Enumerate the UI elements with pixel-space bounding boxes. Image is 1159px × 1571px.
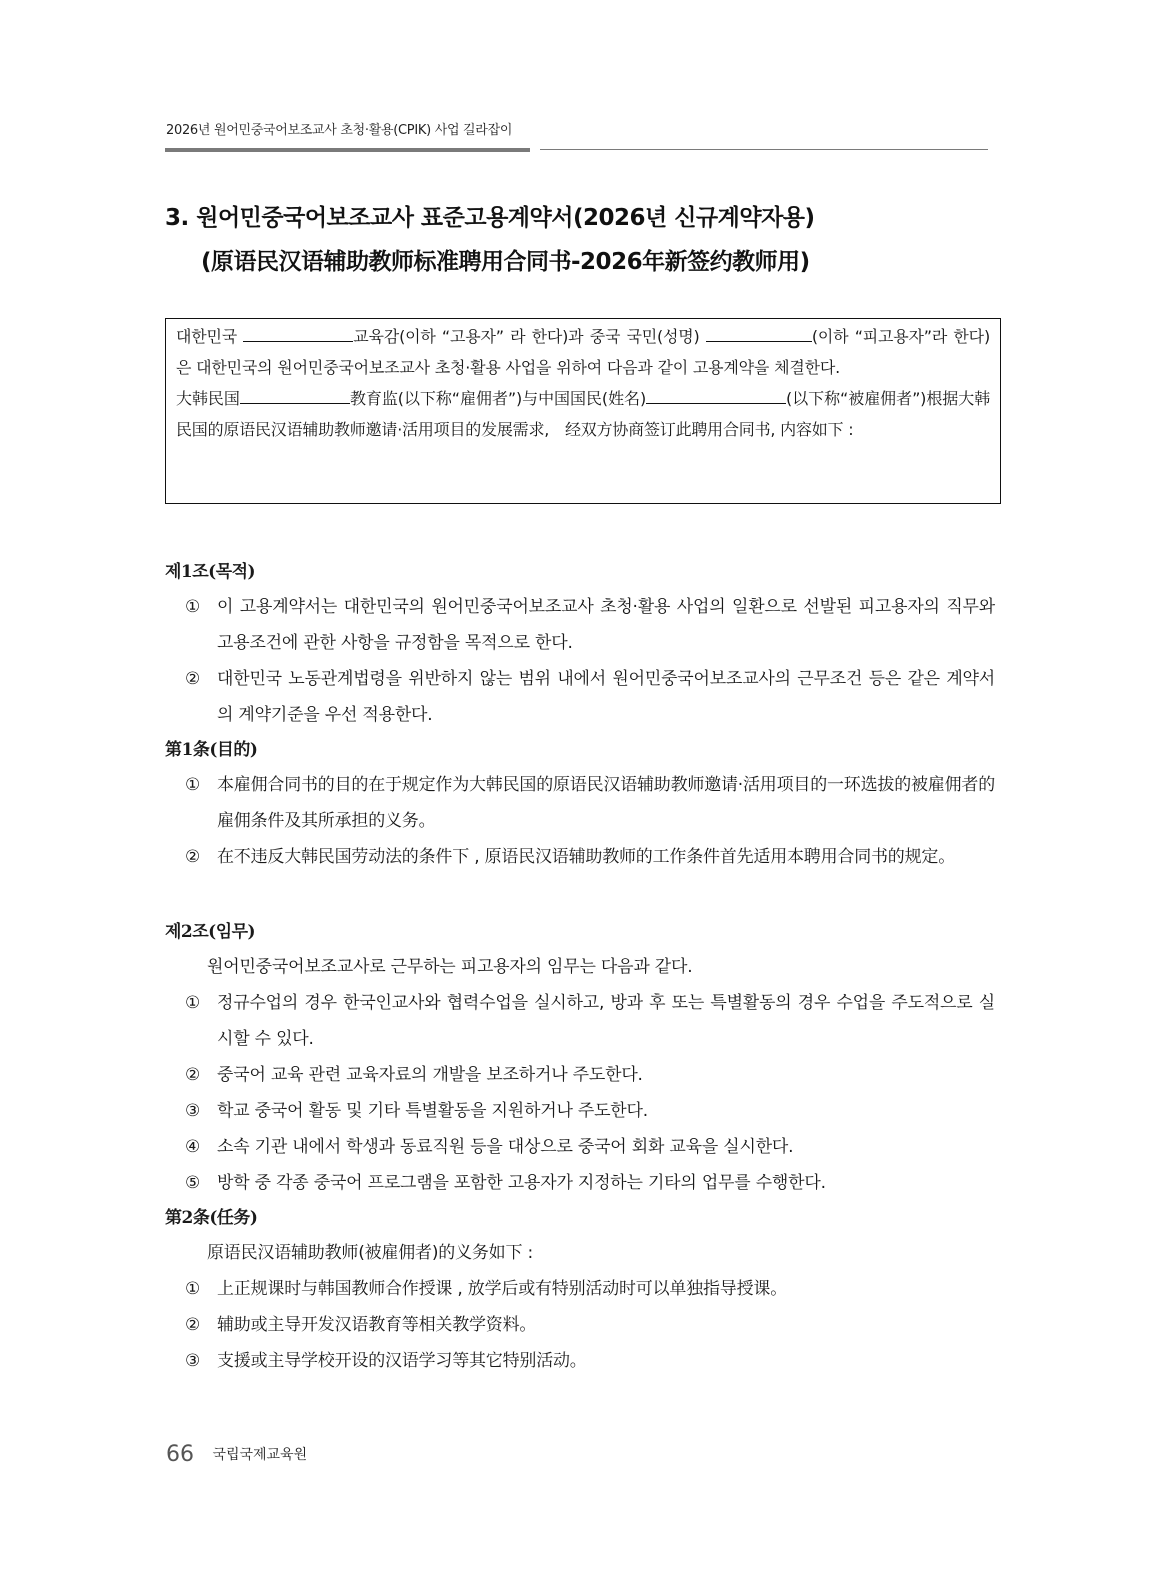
item-number: ① xyxy=(185,767,200,803)
item-text: 本雇佣合同书的目的在于规定作为大韩民国的原语民汉语辅助教师邀请·活用项目的一环选… xyxy=(217,775,995,831)
item-number: ② xyxy=(185,1057,200,1093)
item-text: 정규수업의 경우 한국인교사와 협력수업을 실시하고, 방과 후 또는 특별활동… xyxy=(217,993,995,1049)
spacer xyxy=(165,875,995,915)
item-text: 방학 중 각종 중국어 프로그램을 포함한 고용자가 지정하는 기타의 업무를 … xyxy=(217,1173,826,1193)
item-number: ① xyxy=(185,985,200,1021)
article-heading: 第2条(任务) xyxy=(165,1201,995,1235)
item-text: 在不违反大韩民国劳动法的条件下 , 原语民汉语辅助教师的工作条件首先适用本聘用合… xyxy=(217,847,955,867)
list-item: ②대한민국 노동관계법령을 위반하지 않는 범위 내에서 원어민중국어보조교사의… xyxy=(165,661,995,733)
article-heading: 第1条(目的) xyxy=(165,733,995,767)
list-item: ③학교 중국어 활동 및 기타 특별활동을 지원하거나 주도한다. xyxy=(165,1093,995,1129)
preamble-ko-text-1: 대한민국 xyxy=(176,327,243,346)
item-number: ③ xyxy=(185,1343,200,1379)
running-header: 2026년 원어민중국어보조교사 초청·활용(CPIK) 사업 길라잡이 xyxy=(166,119,512,138)
item-text: 辅助或主导开发汉语教育等相关教学资料。 xyxy=(217,1315,536,1335)
list-item: ①上正规课时与韩国教师合作授课 , 放学后或有特别活动时可以单独指导授课。 xyxy=(165,1271,995,1307)
article-2-korean: 제2조(임무) 원어민중국어보조교사로 근무하는 피고용자의 임무는 다음과 같… xyxy=(165,915,995,1201)
article-1-korean: 제1조(목적) ①이 고용계약서는 대한민국의 원어민중국어보조교사 초청·활용… xyxy=(165,555,995,733)
item-text: 支援或主导学校开设的汉语学习等其它特别活动。 xyxy=(217,1351,587,1371)
article-intro: 原语民汉语辅助教师(被雇佣者)的义务如下 : xyxy=(165,1235,995,1271)
list-item: ⑤방학 중 각종 중국어 프로그램을 포함한 고용자가 지정하는 기타의 업무를… xyxy=(165,1165,995,1201)
list-item: ②중국어 교육 관련 교육자료의 개발을 보조하거나 주도한다. xyxy=(165,1057,995,1093)
item-text: 上正规课时与韩国教师合作授课 , 放学后或有特别活动时可以单独指导授课。 xyxy=(217,1279,787,1299)
item-number: ⑤ xyxy=(185,1165,200,1201)
item-number: ② xyxy=(185,839,200,875)
article-1-chinese: 第1条(目的) ①本雇佣合同书的目的在于规定作为大韩民国的原语民汉语辅助教师邀请… xyxy=(165,733,995,875)
contract-articles: 제1조(목적) ①이 고용계약서는 대한민국의 원어민중국어보조교사 초청·활용… xyxy=(165,555,995,1379)
item-text: 이 고용계약서는 대한민국의 원어민중국어보조교사 초청·활용 사업의 일환으로… xyxy=(217,597,995,653)
item-number: ① xyxy=(185,1271,200,1307)
preamble-zh-text-1: 大韩民国 xyxy=(176,389,240,408)
item-text: 대한민국 노동관계법령을 위반하지 않는 범위 내에서 원어민중국어보조교사의 … xyxy=(217,669,995,725)
list-item: ④소속 기관 내에서 학생과 동료직원 등을 대상으로 중국어 회화 교육을 실… xyxy=(165,1129,995,1165)
article-heading: 제2조(임무) xyxy=(165,915,995,949)
footer-organization: 국립국제교육원 xyxy=(212,1447,307,1463)
article-heading: 제1조(목적) xyxy=(165,555,995,589)
preamble-ko-text-2: 교육감(이하 “고용자” 라 한다)과 중국 국민(성명) xyxy=(353,327,706,346)
preamble-korean: 대한민국 교육감(이하 “고용자” 라 한다)과 중국 국민(성명) (이하 “… xyxy=(176,321,990,383)
blank-employee-name-field-zh[interactable] xyxy=(646,385,786,404)
header-rule-thin xyxy=(540,149,988,150)
preamble-chinese: 大韩民国教育监(以下称“雇佣者”)与中国国民(姓名)(以下称“被雇佣者”)根据大… xyxy=(176,383,990,445)
list-item: ③支援或主导学校开设的汉语学习等其它特别活动。 xyxy=(165,1343,995,1379)
list-item: ①本雇佣合同书的目的在于规定作为大韩民国的原语民汉语辅助教师邀请·活用项目的一环… xyxy=(165,767,995,839)
page-number: 66 xyxy=(166,1442,194,1467)
article-intro: 원어민중국어보조교사로 근무하는 피고용자의 임무는 다음과 같다. xyxy=(165,949,995,985)
blank-employee-name-field[interactable] xyxy=(706,323,812,342)
preamble-box: 대한민국 교육감(이하 “고용자” 라 한다)과 중국 국민(성명) (이하 “… xyxy=(165,318,1001,504)
list-item: ①정규수업의 경우 한국인교사와 협력수업을 실시하고, 방과 후 또는 특별활… xyxy=(165,985,995,1057)
section-title-korean: 3. 원어민중국어보조교사 표준고용계약서(2026년 신규계약자용) xyxy=(165,205,815,231)
article-2-chinese: 第2条(任务) 原语民汉语辅助教师(被雇佣者)的义务如下 : ①上正规课时与韩国… xyxy=(165,1201,995,1379)
blank-superintendent-field-zh[interactable] xyxy=(240,385,350,404)
item-number: ① xyxy=(185,589,200,625)
item-number: ② xyxy=(185,661,200,697)
header-rule-thick xyxy=(165,148,530,152)
page-footer: 66 국립국제교육원 xyxy=(166,1442,307,1467)
item-number: ② xyxy=(185,1307,200,1343)
list-item: ②辅助或主导开发汉语教育等相关教学资料。 xyxy=(165,1307,995,1343)
section-title: 3. 원어민중국어보조교사 표준고용계약서(2026년 신규계약자용) (原语民… xyxy=(165,196,815,284)
item-text: 학교 중국어 활동 및 기타 특별활동을 지원하거나 주도한다. xyxy=(217,1101,648,1121)
section-title-chinese: (原语民汉语辅助教师标准聘用合同书-2026年新签约教师用) xyxy=(165,240,815,284)
item-number: ③ xyxy=(185,1093,200,1129)
list-item: ②在不违反大韩民国劳动法的条件下 , 原语民汉语辅助教师的工作条件首先适用本聘用… xyxy=(165,839,995,875)
list-item: ①이 고용계약서는 대한민국의 원어민중국어보조교사 초청·활용 사업의 일환으… xyxy=(165,589,995,661)
blank-superintendent-field[interactable] xyxy=(243,323,353,342)
preamble-zh-text-2: 教育监(以下称“雇佣者”)与中国国民(姓名) xyxy=(350,389,646,408)
item-number: ④ xyxy=(185,1129,200,1165)
item-text: 소속 기관 내에서 학생과 동료직원 등을 대상으로 중국어 회화 교육을 실시… xyxy=(217,1137,793,1157)
item-text: 중국어 교육 관련 교육자료의 개발을 보조하거나 주도한다. xyxy=(217,1065,643,1085)
